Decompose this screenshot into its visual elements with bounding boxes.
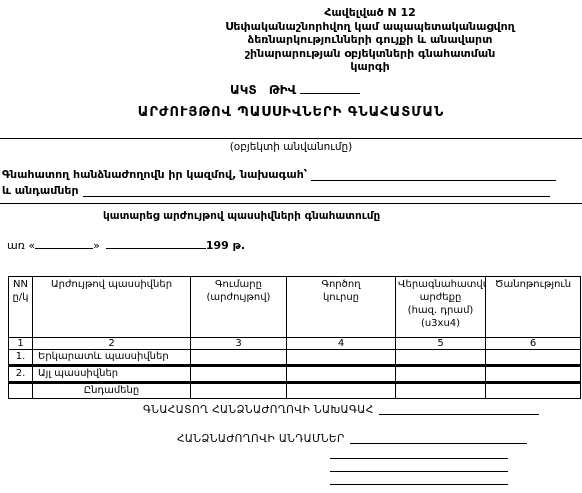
empty-cell [486,350,581,366]
column-number-row: 1 2 3 4 5 6 [9,338,581,350]
header-cell-nn: NN ը/կ [9,277,33,338]
empty-cell [191,383,287,399]
empty-cell [486,383,581,399]
members-continuation-blank [0,203,582,204]
commission-members-line: և անդամներ [2,183,580,199]
member-signature-blank [350,433,527,444]
empty-cell [396,383,486,399]
commission-chairman-text: Գնահատող հանձնաժողովն իր կազմով, նախագահ… [2,167,307,183]
empty-cell [287,383,396,399]
column-number: 4 [287,338,396,350]
chairman-signature-row: ԳՆԱՀԱՏՈՂ ՀԱՆՁՆԱԺՈՂՈՎԻ ՆԱԽԱԳԱՀ [0,404,582,417]
header-text: կուրսը [289,291,393,304]
members-signature-row: ՀԱՆՁՆԱԺՈՂՈՎԻ ԱՆԴԱՄՆԵՐ [0,433,582,446]
appendix-header: Հավելված N 12 Սեփականաշնորհվող կամ ապապե… [150,6,582,74]
appendix-subtitle-line: ձեռնարկությունների գույքի և անավարտ [150,33,582,47]
object-name-caption: (օբյեկտի անվանումը) [0,141,582,153]
members-signature-label: ՀԱՆՁՆԱԺՈՂՈՎԻ ԱՆԴԱՄՆԵՐ [177,433,345,446]
table-row-total: Ընդամենը [9,383,581,399]
commission-members-text: և անդամներ [2,183,79,199]
table-row-longterm: 1. Երկարատև պասսիվներ [9,350,581,366]
empty-cell [287,366,396,383]
column-number: 6 [486,338,581,350]
date-line: առ «»199 թ. [7,237,245,252]
appendix-subtitle-line: կարգի [150,60,582,74]
header-cell-rate: Գործող կուրսը [287,277,396,338]
commission-chairman-line: Գնահատող հանձնաժողովն իր կազմով, նախագահ… [2,167,580,183]
column-number: 2 [33,338,191,350]
date-close-quote: » [93,239,100,252]
header-text: NN [11,278,30,291]
date-month-blank [106,237,206,249]
act-number-blank [300,82,360,94]
header-text: ը/կ [11,291,30,304]
chairman-signature-label: ԳՆԱՀԱՏՈՂ ՀԱՆՁՆԱԺՈՂՈՎԻ ՆԱԽԱԳԱՀ [143,404,374,417]
column-number: 3 [191,338,287,350]
member-signature-blank [330,484,508,485]
row-number [9,383,33,399]
member-signature-blank [330,471,508,472]
table-row-other: 2. Այլ պասսիվներ [9,366,581,383]
header-text: Գումարը [193,278,284,291]
member-signature-blank [330,458,508,459]
members-names-blank [83,183,550,197]
header-text: (հազ. դրամ) [398,304,483,317]
header-text: Գործող [289,278,393,291]
document-title: ԱՐԺՈՒՅԹՈՎ ՊԱՍՍԻՎՆԵՐԻ ԳՆԱՀԱՏՄԱՆ [0,105,582,120]
header-text: Ծանոթություն [488,278,578,291]
row-number: 1. [9,350,33,366]
empty-cell [287,350,396,366]
column-number: 1 [9,338,33,350]
header-cell-note: Ծանոթություն [486,277,581,338]
appendix-subtitle-line: Սեփականաշնորհվող կամ ապապետականացվող [150,20,582,34]
chairman-signature-blank [379,404,539,415]
header-text: Վերագնահատված [398,278,483,291]
header-text: (ս3xս4) [398,317,483,330]
commission-paragraph: Գնահատող հանձնաժողովն իր կազմով, նախագահ… [2,167,580,199]
performed-valuation-text: կատարեց արժույթով պասսիվների գնահատումը [103,210,380,222]
header-text: Արժույթով պասսիվներ [35,278,188,291]
table-header-row: NN ը/կ Արժույթով պասսիվներ Գումարը (արժո… [9,277,581,338]
appendix-subtitle-line: շինարարության օբյեկտների գնահատման [150,47,582,61]
column-number: 5 [396,338,486,350]
header-text: արժեքը [398,291,483,304]
empty-cell [191,366,287,383]
empty-cell [486,366,581,383]
header-cell-revalued: Վերագնահատված արժեքը (հազ. դրամ) (ս3xս4) [396,277,486,338]
act-number-line: ԱԿՏ ԹԻՎ [230,82,360,97]
row-label: Երկարատև պասսիվներ [33,350,191,366]
date-year: 199 թ. [206,239,245,252]
empty-cell [396,366,486,383]
header-cell-liabilities: Արժույթով պասսիվներ [33,277,191,338]
liabilities-table: NN ը/կ Արժույթով պասսիվներ Գումարը (արժո… [8,276,581,399]
document-page: Հավելված N 12 Սեփականաշնորհվող կամ ապապե… [0,0,582,493]
appendix-number: Հավելված N 12 [150,6,582,20]
total-label: Ընդամենը [33,383,191,399]
act-label: ԱԿՏ ԹԻՎ [230,83,296,97]
date-day-blank [35,237,93,249]
empty-cell [396,350,486,366]
header-cell-amount: Գումարը (արժույթով) [191,277,287,338]
chairman-name-blank [311,167,556,181]
date-prefix: առ « [7,239,35,252]
header-text: (արժույթով) [193,291,284,304]
row-number: 2. [9,366,33,383]
empty-cell [191,350,287,366]
row-label: Այլ պասսիվներ [33,366,191,383]
object-name-section: (օբյեկտի անվանումը) [0,138,582,153]
